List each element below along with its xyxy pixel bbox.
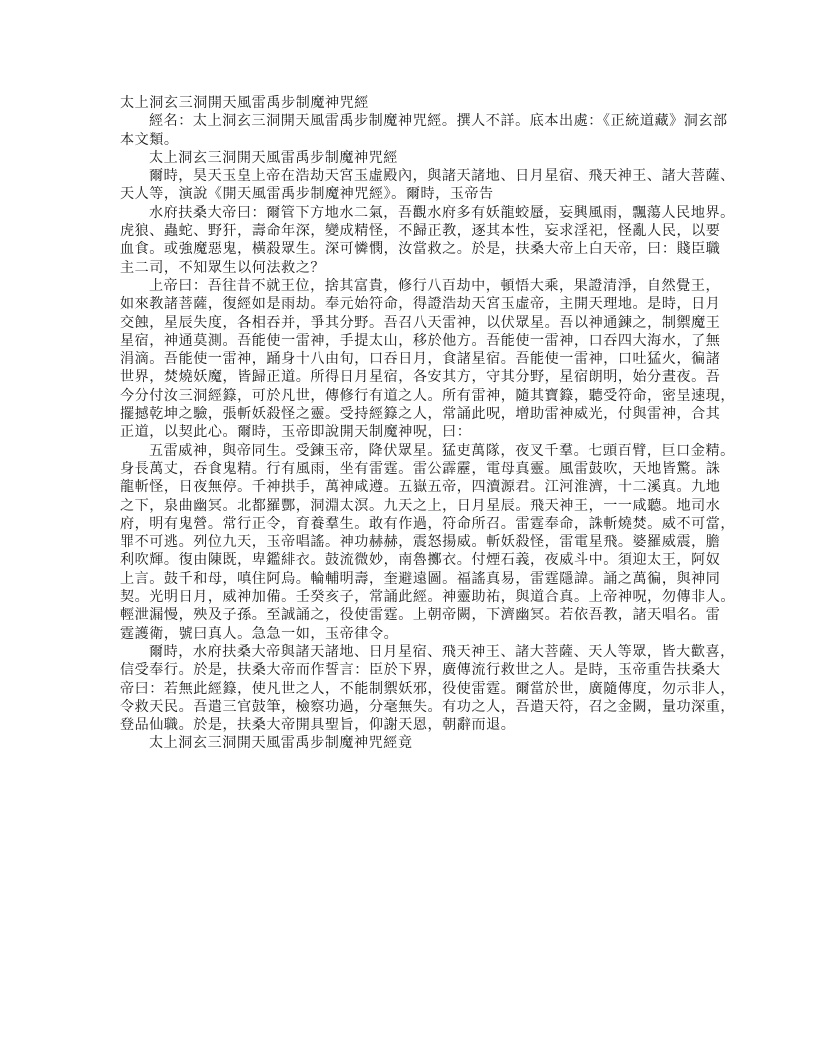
incantation-line: 霆護衛，號曰真人。急急一如，玉帝律令。 xyxy=(120,625,720,643)
text-line: 爾時，水府扶桑大帝與諸天諸地、日月星宿、飛天神王、諸大菩薩、天人等眾，皆大歡喜， xyxy=(120,643,720,661)
incantation-line: 利吹輝。復由陳既，卑鑑緋衣。鼓流微妙，南魯擲衣。付煙石義，夜威斗中。須迎太王，阿… xyxy=(120,551,720,569)
text-line: 星宿，神通莫測。吾能使一雷神，手提太山，移於他方。吾能使一雷神，口吞四大海水，了… xyxy=(120,332,720,350)
text-line: 帝曰：若無此經籙，使凡世之人，不能制禦妖邪，役使雷霆。爾當於世，廣隨傳度，勿示非… xyxy=(120,680,720,698)
closing-title: 太上洞玄三洞開天風雷禹步制魔神咒經竟 xyxy=(120,734,720,752)
metadata-line: 經名：太上洞玄三洞開天風雷禹步制魔神咒經。撰人不詳。底本出處：《正統道藏》洞玄部 xyxy=(120,112,720,130)
metadata-line: 本文類。 xyxy=(120,131,720,149)
incantation-line: 契。光明日月，威神加備。壬癸亥子，常誦此經。神靈助祐，與道合真。上帝神呪，勿傳非… xyxy=(120,588,720,606)
document-page: 太上洞玄三洞開天風雷禹步制魔神咒經 經名：太上洞玄三洞開天風雷禹步制魔神咒經。撰… xyxy=(120,94,720,753)
incantation-line: 之下，泉曲幽冥。北都羅酆，洞淵太溟。九天之上，日月星辰。飛天神王，一一咸聽。地司… xyxy=(120,497,720,515)
incantation-line: 龍斬怪，日夜無停。千神拱手，萬神咸遵。五嶽五帝，四瀆源君。江河淮濟，十二溪真。九… xyxy=(120,478,720,496)
text-line: 血食。或強魔惡鬼，橫殺眾生。深可憐憫，汝當救之。於是，扶桑大帝上白天帝，曰：賤臣… xyxy=(120,240,720,258)
text-line: 世界，焚燒妖魔，皆歸正道。所得日月星宿，各安其方，守其分野，星宿朗明，始分晝夜。… xyxy=(120,368,720,386)
incantation-line: 身長萬丈，吞食鬼精。行有風雨，坐有雷霆。雷公霹靂，電母真靈。風雷鼓吹，天地皆驚。… xyxy=(120,460,720,478)
text-line: 令救天民。吾遣三官鼓筆，檢察功過，分毫無失。有功之人，吾遣天符，召之金闕，量功深… xyxy=(120,698,720,716)
text-line: 涓滴。吾能使一雷神，踊身十八由旬，口吞日月，食諸星宿。吾能使一雷神，口吐猛火，徧… xyxy=(120,350,720,368)
text-line: 如來教諸菩薩，復經如是雨劫。奉元始符命，得證浩劫天宮玉虛帝，主開天理地。是時，日… xyxy=(120,295,720,313)
text-line: 主二司，不知眾生以何法救之？ xyxy=(120,259,720,277)
text-line: 水府扶桑大帝曰：爾管下方地水二氣，吾觀水府多有妖龍蛟蜃，妄興風雨，飄蕩人民地界。 xyxy=(120,204,720,222)
section-title: 太上洞玄三洞開天風雷禹步制魔神咒經 xyxy=(120,149,720,167)
text-line: 虎狼、蟲蛇、野犴，壽命年深，變成精怪，不歸正教，逐其本性，妄求淫祀，怪亂人民，以… xyxy=(120,222,720,240)
incantation-line: 上言。鼓千和母，嗔住阿烏。輪輔明壽，奎避遠圖。福謠真易，雷霆隱諱。誦之萬徧，與神… xyxy=(120,570,720,588)
text-line: 正道，以契此心。爾時，玉帝即說開天制魔神呪，曰： xyxy=(120,423,720,441)
doc-title: 太上洞玄三洞開天風雷禹步制魔神咒經 xyxy=(120,94,720,112)
text-line: 信受奉行。於是，扶桑大帝而作誓言：臣於下界，廣傳流行救世之人。是時，玉帝重告扶桑… xyxy=(120,661,720,679)
incantation-line: 輕泄漏慢，殃及子孫。至誠誦之，役使雷霆。上朝帝闕，下濟幽冥。若依吾教，諸天唱名。… xyxy=(120,606,720,624)
incantation-line: 府，明有鬼營。常行正令，育養羣生。敢有作過，符命所召。雷霆奉命，誅斬燒焚。威不可… xyxy=(120,515,720,533)
text-line: 爾時，昊天玉皇上帝在浩劫天宮玉虛殿內，與諸天諸地、日月星宿、飛天神王、諸大菩薩、 xyxy=(120,167,720,185)
text-line: 上帝曰：吾往昔不就王位，捨其富貴，修行八百劫中，頓悟大乘，果證清淨，自然覺王， xyxy=(120,277,720,295)
text-line: 今分付汝三洞經籙，可於凡世，傳修行有道之人。所有雷神，隨其寶籙，聽受符命，密呈速… xyxy=(120,387,720,405)
incantation-line: 五雷威神，與帝同生。受鍊玉帝，降伏眾星。猛吏萬隊，夜叉千羣。七頭百臂，巨口金精。 xyxy=(120,442,720,460)
text-line: 登品仙職。於是，扶桑大帝開具聖旨，仰謝天恩，朝辭而退。 xyxy=(120,716,720,734)
incantation-line: 罪不可逃。列位九天，玉帝唱謠。神功赫赫，震怒揚威。斬妖殺怪，雷電星飛。婆羅威震，… xyxy=(120,533,720,551)
text-line: 天人等，演說《開天風雷禹步制魔神咒經》。爾時，玉帝告 xyxy=(120,185,720,203)
text-line: 擺撼乾坤之驗，張斬妖殺怪之靈。受持經籙之人，常誦此呪，增助雷神威光，付與雷神，合… xyxy=(120,405,720,423)
text-line: 交蝕，星辰失度，各相吞并，爭其分野。吾召八天雷神，以伏眾星。吾以神通鍊之，制禦魔… xyxy=(120,314,720,332)
